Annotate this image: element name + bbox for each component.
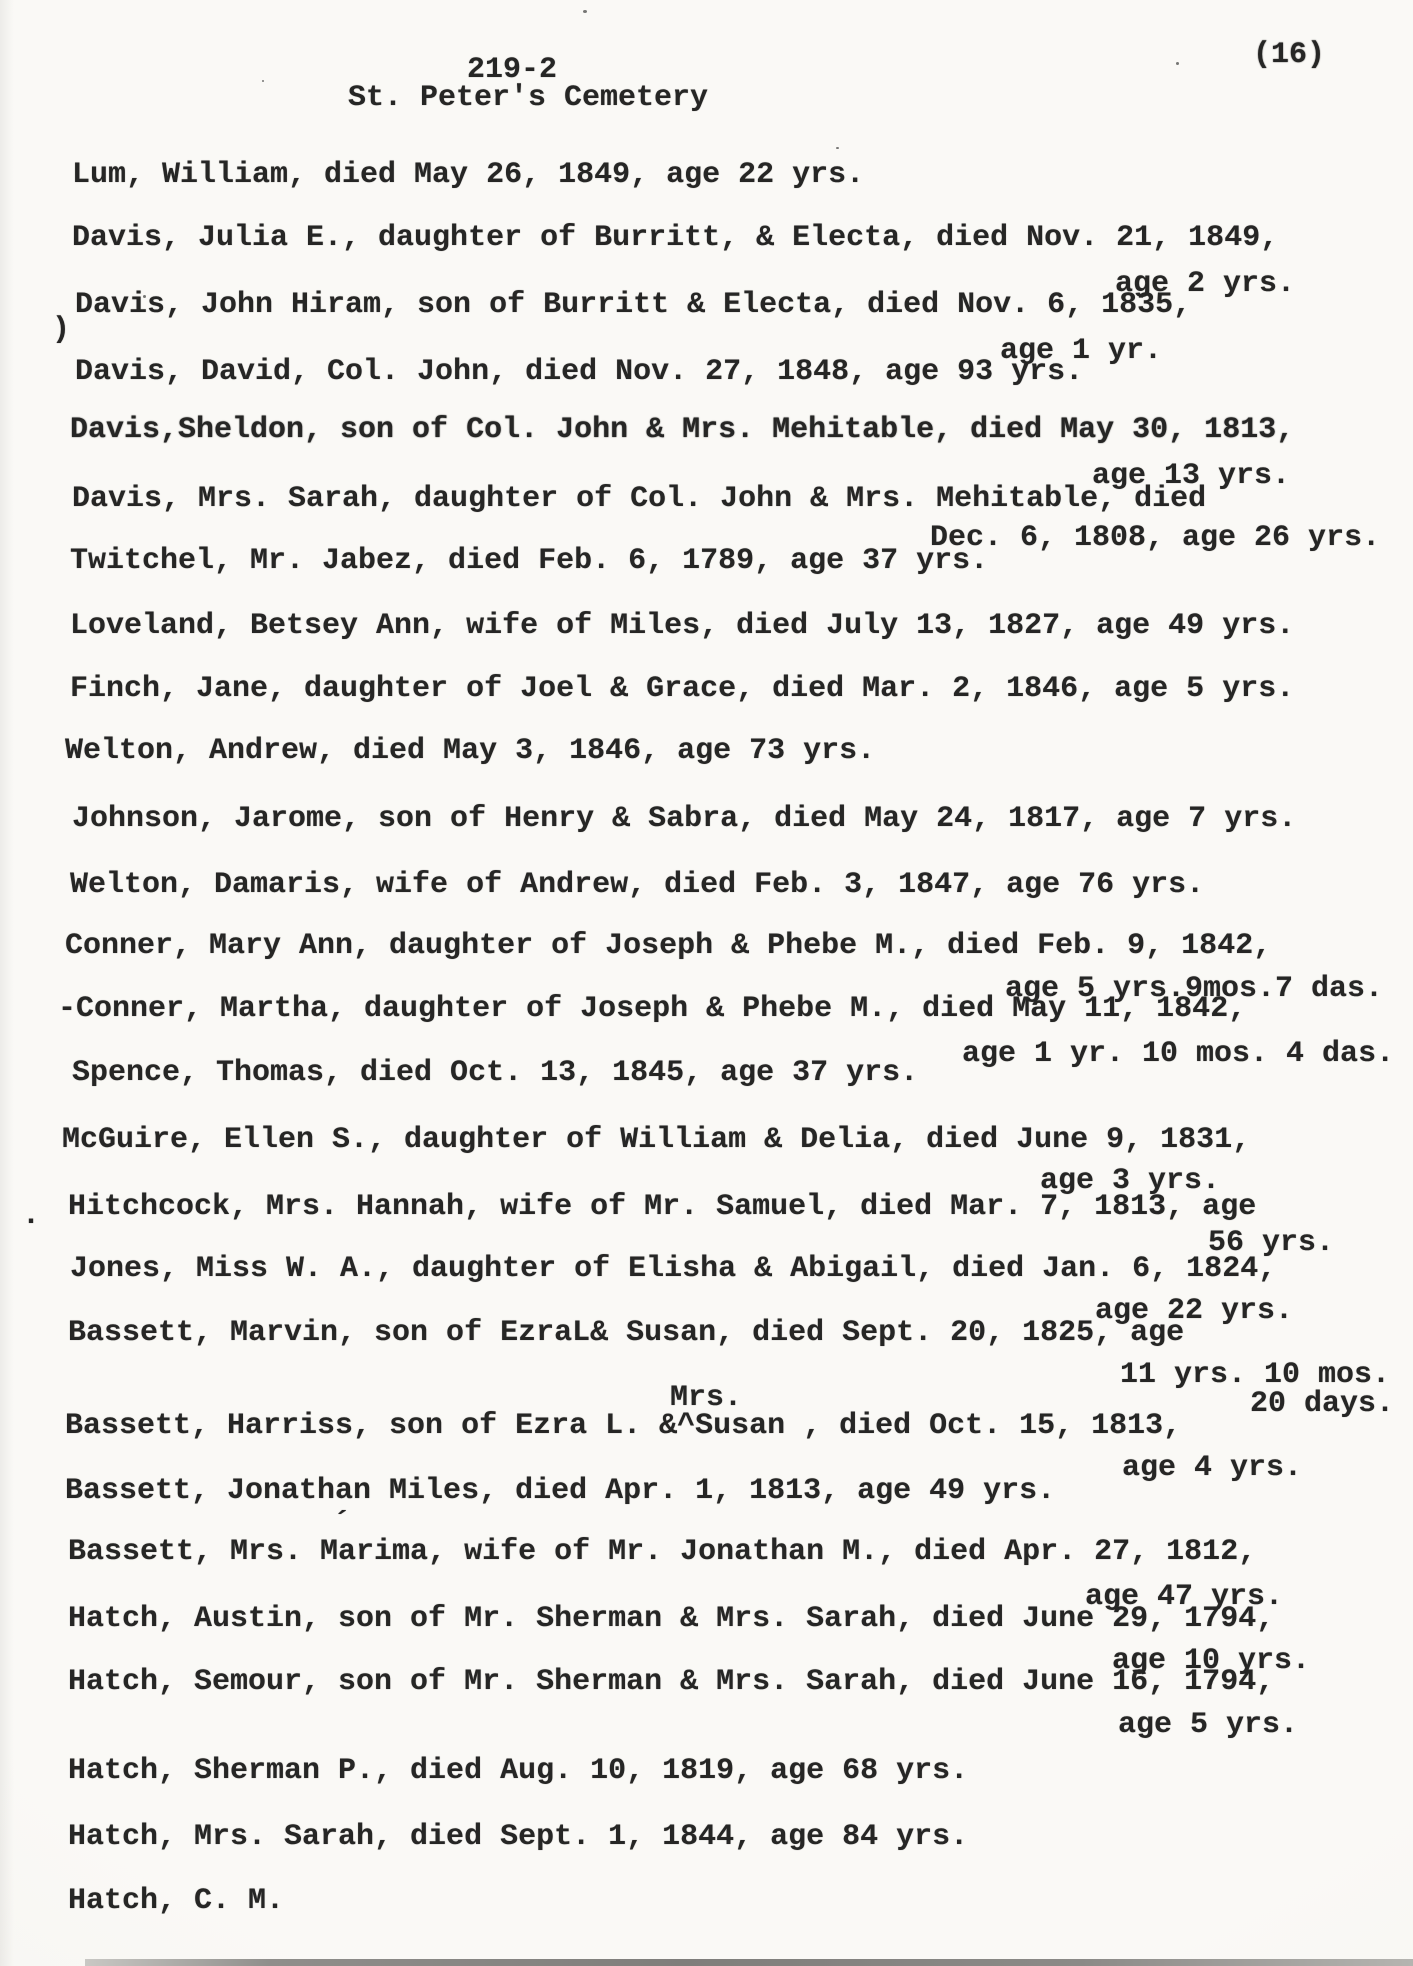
entry-finch-jane: Finch, Jane, daughter of Joel & Grace, d… bbox=[70, 674, 1294, 704]
entry-hatch-sarah: Hatch, Mrs. Sarah, died Sept. 1, 1844, a… bbox=[68, 1822, 968, 1852]
entry-bassett-harriss-cont: age 4 yrs. bbox=[1122, 1453, 1302, 1483]
margin-mark-paren: ) bbox=[52, 315, 70, 345]
entry-lum-william: Lum, William, died May 26, 1849, age 22 … bbox=[72, 160, 864, 190]
entry-bassett-harriss: Bassett, Harriss, son of Ezra L. &^Susan… bbox=[65, 1411, 1181, 1441]
scan-speck bbox=[583, 10, 587, 13]
entry-bassett-jonathan: Bassett, Jonathan Miles, died Apr. 1, 18… bbox=[65, 1476, 1055, 1506]
entry-bassett-marima: Bassett, Mrs. Marima, wife of Mr. Jonath… bbox=[68, 1537, 1256, 1567]
entry-hatch-semour: Hatch, Semour, son of Mr. Sherman & Mrs.… bbox=[68, 1667, 1274, 1697]
scan-speck bbox=[262, 80, 264, 82]
entry-bassett-marvin-cont1: 11 yrs. 10 mos. bbox=[1120, 1360, 1390, 1390]
entry-hatch-austin: Hatch, Austin, son of Mr. Sherman & Mrs.… bbox=[68, 1604, 1274, 1634]
entry-davis-john-hiram: Davis, John Hiram, son of Burritt & Elec… bbox=[75, 290, 1191, 320]
entry-davis-sheldon: Davis,Sheldon, son of Col. John & Mrs. M… bbox=[70, 415, 1294, 445]
page-number: (16) bbox=[1253, 40, 1325, 70]
entry-welton-andrew: Welton, Andrew, died May 3, 1846, age 73… bbox=[65, 736, 875, 766]
header-cemetery-name: St. Peter's Cemetery bbox=[348, 83, 708, 113]
margin-mark-dot: . bbox=[22, 1201, 40, 1231]
entry-hatch-c-m: Hatch, C. M. bbox=[68, 1886, 284, 1916]
entry-welton-damaris: Welton, Damaris, wife of Andrew, died Fe… bbox=[70, 870, 1204, 900]
scan-speck bbox=[1176, 62, 1179, 65]
entry-davis-julia: Davis, Julia E., daughter of Burritt, & … bbox=[72, 223, 1278, 253]
scan-speck bbox=[836, 147, 839, 149]
entry-hitchcock-hannah: Hitchcock, Mrs. Hannah, wife of Mr. Samu… bbox=[68, 1192, 1256, 1222]
entry-bassett-marvin-cont2: 20 days. bbox=[1250, 1389, 1394, 1419]
entry-conner-mary-ann: Conner, Mary Ann, daughter of Joseph & P… bbox=[65, 931, 1271, 961]
entry-jones-w-a: Jones, Miss W. A., daughter of Elisha & … bbox=[70, 1254, 1276, 1284]
entry-davis-sarah: Davis, Mrs. Sarah, daughter of Col. John… bbox=[72, 484, 1206, 514]
entry-loveland-betsey: Loveland, Betsey Ann, wife of Miles, die… bbox=[70, 611, 1294, 641]
entry-conner-martha: -Conner, Martha, daughter of Joseph & Ph… bbox=[58, 994, 1246, 1024]
entry-davis-sarah-cont: Dec. 6, 1808, age 26 yrs. bbox=[930, 523, 1380, 553]
entry-bassett-marvin: Bassett, Marvin, son of EzraL& Susan, di… bbox=[68, 1318, 1184, 1348]
entry-conner-martha-cont: age 1 yr. 10 mos. 4 das. bbox=[962, 1039, 1394, 1069]
entry-spence-thomas: Spence, Thomas, died Oct. 13, 1845, age … bbox=[72, 1058, 918, 1088]
document-page: (16)219-2St. Peter's CemeteryLum, Willia… bbox=[0, 0, 1413, 1966]
scan-edge-band bbox=[85, 1959, 1413, 1966]
entry-johnson-jarome: Johnson, Jarome, son of Henry & Sabra, d… bbox=[72, 804, 1296, 834]
entry-twitchel-jabez: Twitchel, Mr. Jabez, died Feb. 6, 1789, … bbox=[70, 546, 988, 576]
entry-mcguire-ellen: McGuire, Ellen S., daughter of William &… bbox=[62, 1125, 1250, 1155]
scan-speck bbox=[143, 295, 146, 298]
entry-davis-david: Davis, David, Col. John, died Nov. 27, 1… bbox=[75, 357, 1083, 387]
entry-hatch-sherman: Hatch, Sherman P., died Aug. 10, 1819, a… bbox=[68, 1756, 968, 1786]
entry-hatch-semour-cont: age 5 yrs. bbox=[1118, 1710, 1298, 1740]
